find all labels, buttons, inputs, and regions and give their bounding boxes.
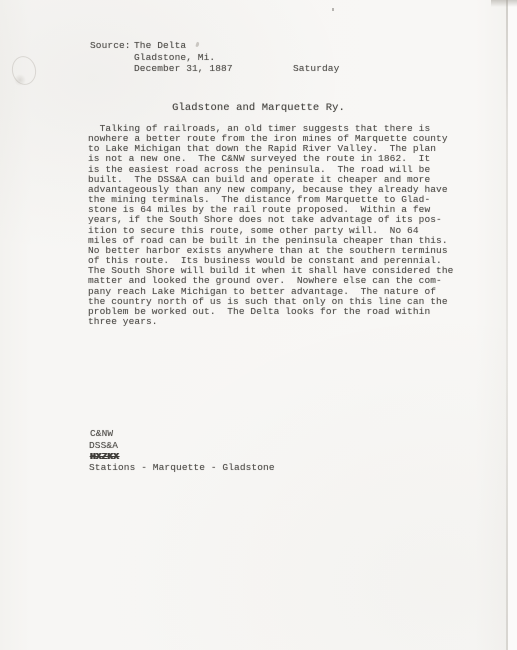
source-label: Source: bbox=[90, 40, 131, 51]
corner-shadow bbox=[491, 0, 517, 7]
source-publication: The Delta bbox=[134, 40, 186, 51]
paper-edge-margin bbox=[508, 0, 517, 650]
paper-edge-line bbox=[506, 0, 508, 650]
source-location: Gladstone, Mi. bbox=[134, 52, 215, 63]
source-weekday: Saturday bbox=[293, 63, 339, 74]
article-title: Gladstone and Marquette Ry. bbox=[0, 102, 517, 114]
obliterated-tag: HXZKX bbox=[90, 451, 119, 462]
scanned-page: Source: The Delta Gladstone, Mi. Decembe… bbox=[0, 0, 517, 650]
ink-smudge bbox=[195, 42, 199, 48]
stations-line: Stations - Marquette - Gladstone bbox=[89, 462, 275, 473]
dust-speck bbox=[332, 8, 334, 11]
article-body: Talking of railroads, an old timer sugge… bbox=[88, 124, 453, 327]
source-date: December 31, 1887 bbox=[134, 63, 233, 74]
index-tag-dssa: DSS&A bbox=[89, 440, 118, 451]
punch-hole-shadow bbox=[14, 74, 26, 86]
index-tag-cnw: C&NW bbox=[90, 428, 113, 439]
